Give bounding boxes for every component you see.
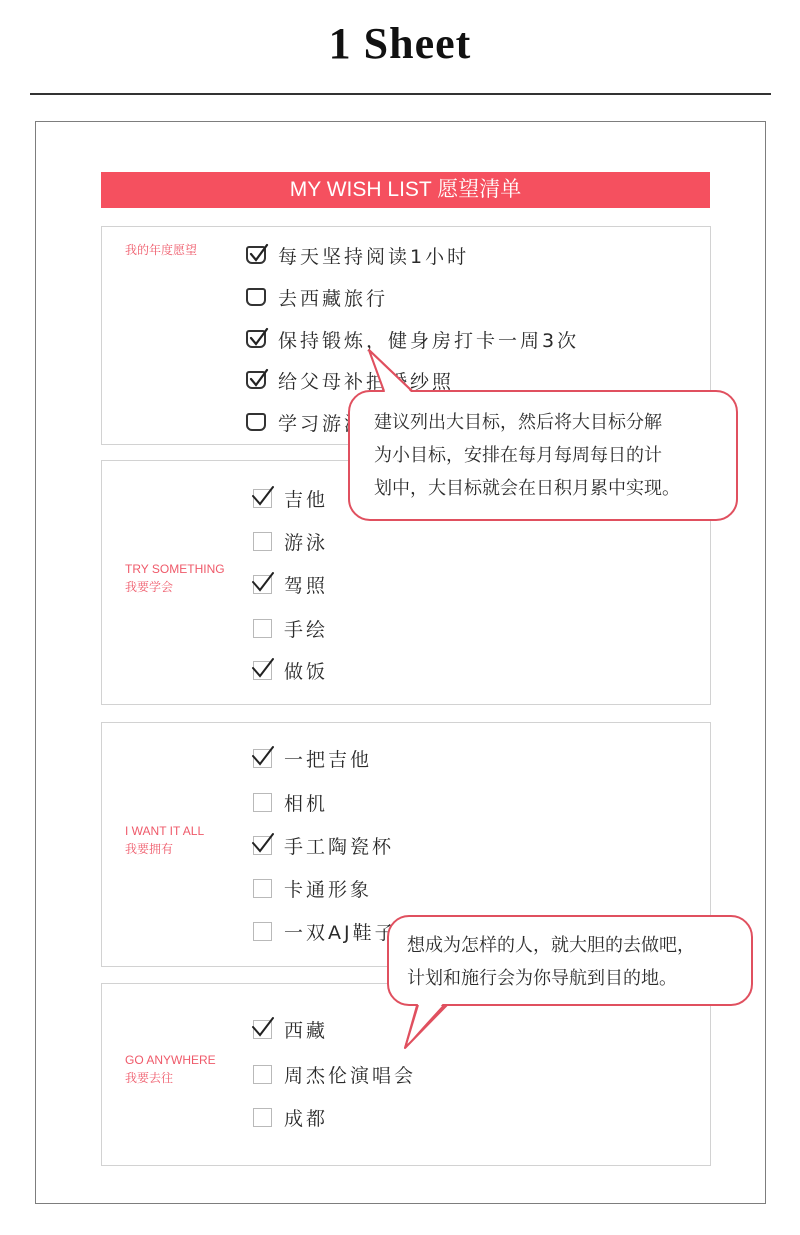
- checkbox-unchecked-icon[interactable]: [253, 532, 272, 551]
- callout-line: 想成为怎样的人，就大胆的去做吧，: [407, 929, 751, 962]
- section-label-cn: 我要去往: [125, 1069, 216, 1087]
- callout-line: 划中，大目标就会在日积月累中实现。: [374, 472, 736, 505]
- section-label-en: TRY SOMETHING: [125, 560, 225, 578]
- tip-callout: 建议列出大目标，然后将大目标分解 为小目标，安排在每月每周每日的计 划中，大目标…: [348, 390, 738, 521]
- section-label-cn: 我要拥有: [125, 840, 204, 858]
- checklist-item[interactable]: 卡通形象: [253, 874, 372, 902]
- item-text: 做饭: [284, 657, 328, 684]
- section-label: TRY SOMETHING 我要学会: [125, 560, 225, 596]
- item-text: 成都: [284, 1104, 328, 1131]
- item-text: 手工陶瓷杯: [284, 832, 394, 859]
- checklist-item[interactable]: 去西藏旅行: [246, 283, 388, 311]
- checkbox-checked-icon[interactable]: [246, 330, 266, 348]
- item-text: 吉他: [284, 485, 328, 512]
- checkbox-unchecked-icon[interactable]: [246, 413, 266, 431]
- section-label: 我的年度愿望: [125, 241, 197, 259]
- checklist-item[interactable]: 手绘: [253, 614, 328, 642]
- page-title: 1 Sheet: [0, 18, 800, 69]
- checkbox-checked-icon[interactable]: [253, 749, 272, 768]
- checklist-item[interactable]: 周杰伦演唱会: [253, 1060, 416, 1088]
- section-label-cn: 我要学会: [125, 578, 225, 596]
- item-text: 去西藏旅行: [278, 284, 388, 311]
- callout-tail-cover: [360, 345, 440, 395]
- item-text: 一双AJ鞋子: [284, 918, 397, 945]
- title-divider: [30, 93, 771, 95]
- section-label: GO ANYWHERE 我要去往: [125, 1051, 216, 1087]
- section-label-en: GO ANYWHERE: [125, 1051, 216, 1069]
- checkbox-checked-icon[interactable]: [246, 246, 266, 264]
- checklist-item[interactable]: 西藏: [253, 1015, 328, 1043]
- checklist-item[interactable]: 成都: [253, 1103, 328, 1131]
- item-text: 每天坚持阅读1小时: [278, 242, 469, 269]
- checklist-item[interactable]: 驾照: [253, 570, 328, 598]
- item-text: 游泳: [284, 528, 328, 555]
- checkbox-checked-icon[interactable]: [253, 1020, 272, 1039]
- callout-line: 建议列出大目标，然后将大目标分解: [374, 406, 736, 439]
- checklist-item[interactable]: 每天坚持阅读1小时: [246, 241, 469, 269]
- callout-tail-cover: [400, 1000, 480, 1060]
- checklist-item[interactable]: 一把吉他: [253, 744, 372, 772]
- item-text: 手绘: [284, 615, 328, 642]
- item-text: 卡通形象: [284, 875, 372, 902]
- checklist-item[interactable]: 手工陶瓷杯: [253, 831, 394, 859]
- checklist-item[interactable]: 吉他: [253, 484, 328, 512]
- callout-line: 为小目标，安排在每月每周每日的计: [374, 439, 736, 472]
- section-label-cn: 我的年度愿望: [125, 241, 197, 259]
- checkbox-unchecked-icon[interactable]: [253, 793, 272, 812]
- item-text: 驾照: [284, 571, 328, 598]
- checklist-item[interactable]: 一双AJ鞋子: [253, 917, 397, 945]
- checkbox-unchecked-icon[interactable]: [253, 1108, 272, 1127]
- item-text: 周杰伦演唱会: [284, 1061, 416, 1088]
- checkbox-checked-icon[interactable]: [246, 371, 266, 389]
- checklist-item[interactable]: 相机: [253, 788, 328, 816]
- checkbox-checked-icon[interactable]: [253, 661, 272, 680]
- checkbox-checked-icon[interactable]: [253, 836, 272, 855]
- item-text: 西藏: [284, 1016, 328, 1043]
- checkbox-unchecked-icon[interactable]: [253, 879, 272, 898]
- checkbox-unchecked-icon[interactable]: [253, 922, 272, 941]
- item-text: 相机: [284, 789, 328, 816]
- checkbox-checked-icon[interactable]: [253, 489, 272, 508]
- tip-callout: 想成为怎样的人，就大胆的去做吧， 计划和施行会为你导航到目的地。: [387, 915, 753, 1006]
- checklist-item[interactable]: 游泳: [253, 527, 328, 555]
- wish-list-banner: MY WISH LIST 愿望清单: [101, 172, 710, 208]
- checkbox-unchecked-icon[interactable]: [246, 288, 266, 306]
- callout-line: 计划和施行会为你导航到目的地。: [407, 962, 751, 995]
- item-text: 一把吉他: [284, 745, 372, 772]
- checkbox-checked-icon[interactable]: [253, 575, 272, 594]
- checkbox-unchecked-icon[interactable]: [253, 1065, 272, 1084]
- checklist-item[interactable]: 做饭: [253, 656, 328, 684]
- section-label-en: I WANT IT ALL: [125, 822, 204, 840]
- checkbox-unchecked-icon[interactable]: [253, 619, 272, 638]
- section-label: I WANT IT ALL 我要拥有: [125, 822, 204, 858]
